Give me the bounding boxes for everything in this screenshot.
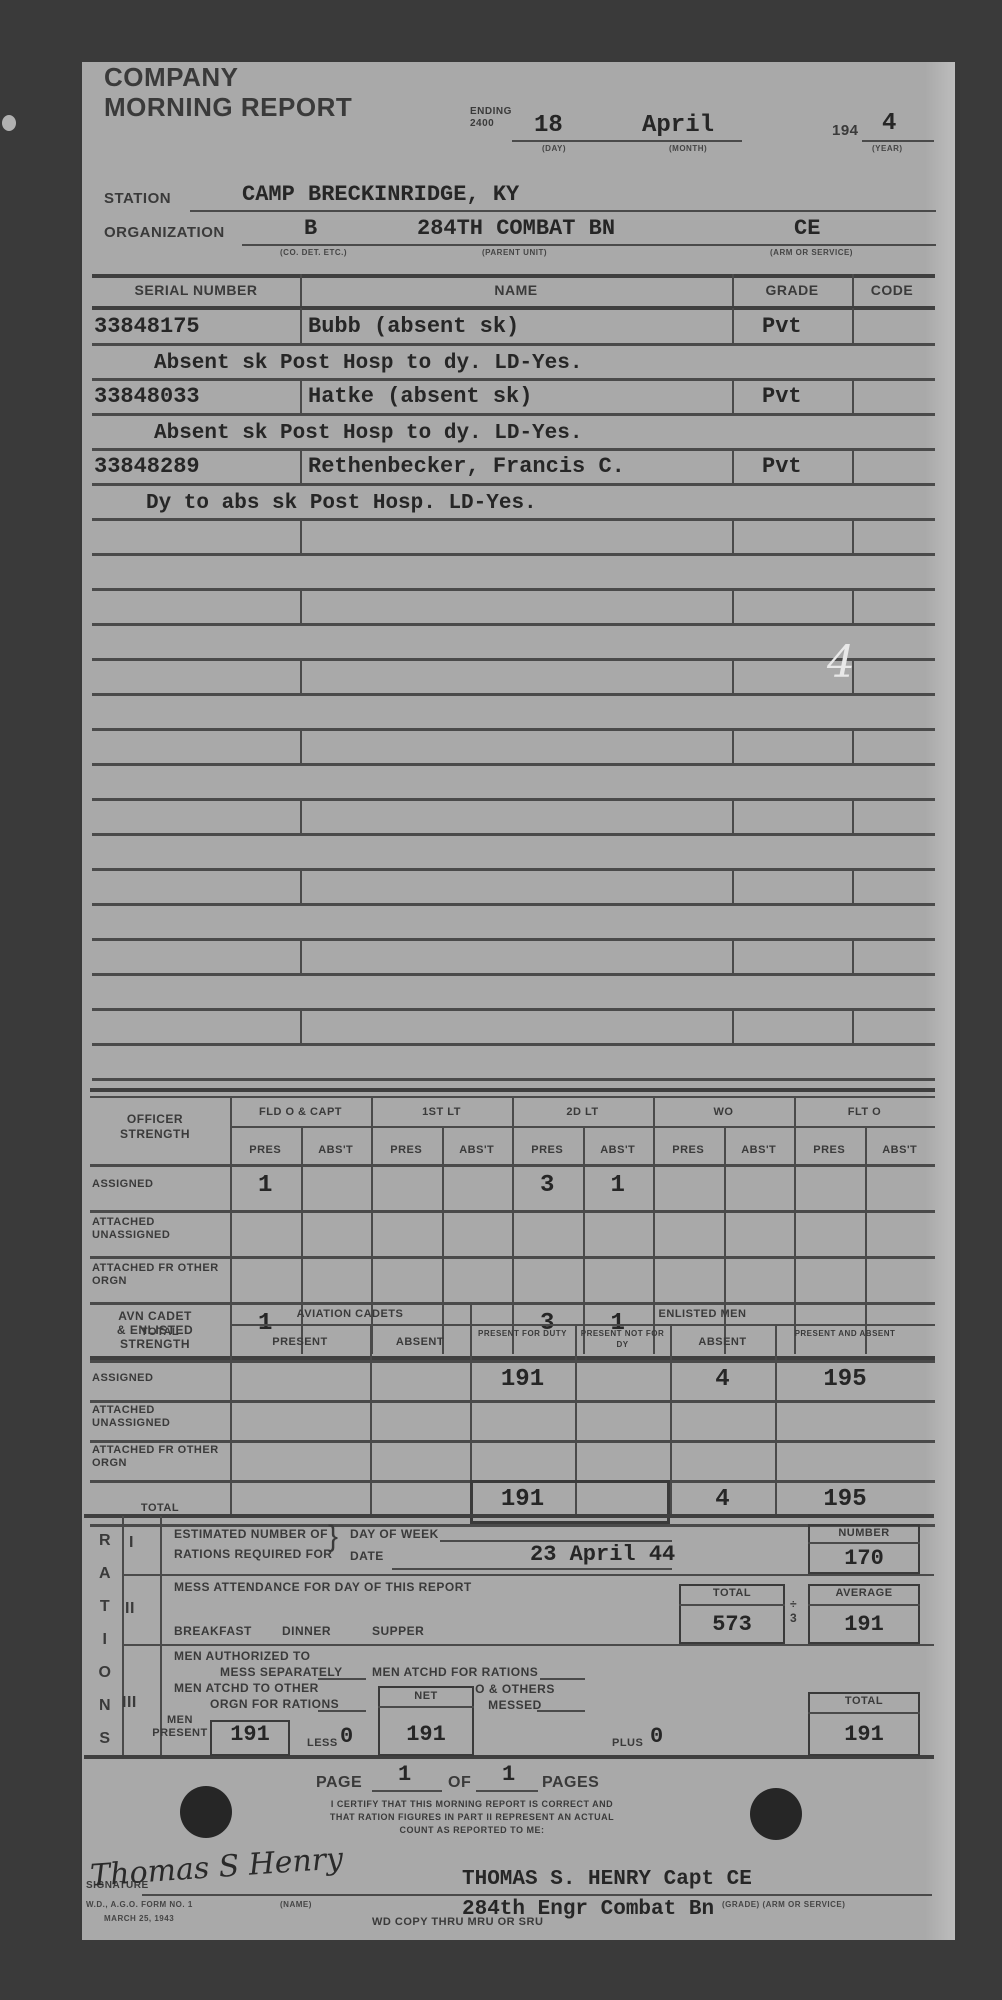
punch-hole-right: [750, 1788, 802, 1840]
enlisted-row-label: ATTACHED FR OTHER ORGN: [92, 1444, 228, 1470]
rations-side-label: RATIONS: [90, 1524, 120, 1755]
rations-letter: I: [90, 1623, 120, 1656]
enlisted-col-header: PRESENT NOT FOR DY: [577, 1328, 668, 1350]
officer-group-header: FLT O: [794, 1106, 935, 1118]
entry-name: Rethenbecker, Francis C.: [308, 454, 625, 479]
report-year-digit: 4: [882, 110, 896, 137]
mess-total-label: TOTAL: [679, 1587, 785, 1599]
entry-grade: Pvt: [762, 314, 802, 339]
authorized-label-1: MEN AUTHORIZED TO: [174, 1649, 311, 1663]
entry-serial: 33848289: [94, 454, 200, 479]
form-title-line2: MORNING REPORT: [104, 92, 352, 122]
officer-sub-header: PRES: [230, 1144, 301, 1156]
total-pages: 1: [502, 1762, 515, 1787]
station-value: CAMP BRECKINRIDGE, KY: [242, 182, 519, 207]
remark-row-divider: [92, 518, 935, 521]
supper-label: SUPPER: [372, 1624, 424, 1638]
report-day: 18: [534, 112, 563, 139]
month-caption: (MONTH): [669, 144, 707, 153]
rations-letter: N: [90, 1689, 120, 1722]
officer-sub-header: PRES: [371, 1144, 442, 1156]
enlisted-row-label: ASSIGNED: [92, 1372, 228, 1385]
enlisted-row-label: ATTACHED UNASSIGNED: [92, 1404, 228, 1430]
morning-report-form: COMPANY MORNING REPORT ENDING 2400 18 Ap…: [82, 62, 955, 1940]
station-label: STATION: [104, 190, 171, 207]
dinner-label: DINNER: [282, 1624, 331, 1638]
rations-total-value: 191: [808, 1722, 920, 1747]
rations-total-label: TOTAL: [808, 1695, 920, 1707]
officer-cell: 1: [583, 1172, 654, 1199]
enlisted-col-header: PRESENT AND ABSENT: [777, 1328, 913, 1339]
enlisted-col-header: ABSENT: [372, 1336, 468, 1349]
signer-name: THOMAS S. HENRY Capt CE: [462, 1868, 752, 1891]
mess-attendance-label: MESS ATTENDANCE FOR DAY OF THIS REPORT: [174, 1580, 472, 1594]
officer-row-label: ASSIGNED: [92, 1178, 228, 1191]
officer-row-label: ATTACHED UNASSIGNED: [92, 1216, 228, 1242]
table-row-divider: [92, 763, 935, 766]
enlisted-cell: 195: [775, 1486, 915, 1513]
table-row-divider: [92, 1043, 935, 1046]
company-caption: (CO. DET. ETC.): [280, 248, 347, 257]
part-i-numeral: I: [129, 1534, 134, 1552]
plus-value: 0: [650, 1724, 663, 1749]
remark-row-divider: [92, 798, 935, 801]
divide-by-three: ÷ 3: [790, 1597, 804, 1625]
atchd-for-rations-label: MEN ATCHD FOR RATIONS: [372, 1665, 538, 1679]
enlisted-cell: 4: [670, 1486, 775, 1513]
organization-label: ORGANIZATION: [104, 224, 225, 241]
officer-sub-header: PRES: [512, 1144, 583, 1156]
form-date: MARCH 25, 1943: [104, 1914, 174, 1923]
officer-sub-header: ABS'T: [301, 1144, 372, 1156]
parent-unit-value: 284TH COMBAT BN: [417, 216, 615, 241]
men-present-label: MEN PRESENT: [150, 1714, 210, 1740]
ending-label-top: ENDING: [470, 106, 512, 117]
page-label: PAGE: [316, 1774, 362, 1792]
remark-row-divider: [92, 1008, 935, 1011]
enlisted-cell: 191: [470, 1366, 575, 1393]
pages-label: PAGES: [542, 1774, 599, 1792]
grade-arm-caption: (GRADE) (ARM OR SERVICE): [722, 1900, 845, 1909]
enlisted-col-header: ABSENT: [672, 1336, 773, 1349]
entry-grade: Pvt: [762, 454, 802, 479]
serial-number-header: SERIAL NUMBER: [92, 282, 300, 298]
average-label: AVERAGE: [808, 1587, 920, 1599]
name-header: NAME: [300, 282, 732, 298]
report-month: April: [642, 112, 714, 139]
table-row-divider: [92, 483, 935, 486]
table-row-divider: [92, 343, 935, 346]
officer-cell: 1: [230, 1172, 301, 1199]
form-number: W.D., A.G.O. FORM NO. 1: [86, 1900, 193, 1909]
officer-sub-header: PRES: [794, 1144, 865, 1156]
officer-sub-header: PRES: [653, 1144, 724, 1156]
part-ii-numeral: II: [125, 1600, 135, 1618]
table-row-divider: [92, 693, 935, 696]
rations-letter: S: [90, 1722, 120, 1755]
rations-letter: A: [90, 1557, 120, 1590]
entry-remark: Absent sk Post Hosp to dy. LD-Yes.: [154, 352, 582, 375]
punch-hole-left: [180, 1786, 232, 1838]
average-value: 191: [808, 1612, 920, 1637]
entry-name: Hatke (absent sk): [308, 384, 532, 409]
certification-text: I CERTIFY THAT THIS MORNING REPORT IS CO…: [272, 1798, 672, 1837]
rations-letter: R: [90, 1524, 120, 1557]
name-caption: (NAME): [280, 1900, 312, 1909]
rations-letter: O: [90, 1656, 120, 1689]
remark-row-divider: [92, 868, 935, 871]
ration-date-value: 23 April 44: [530, 1542, 675, 1567]
officer-sub-header: ABS'T: [442, 1144, 513, 1156]
authorized-label-2: MESS SEPARATELY: [220, 1665, 343, 1679]
entry-grade: Pvt: [762, 384, 802, 409]
officer-sub-header: ABS'T: [583, 1144, 654, 1156]
entry-serial: 33848175: [94, 314, 200, 339]
less-label: LESS: [307, 1737, 338, 1749]
remark-row-divider: [92, 938, 935, 941]
officer-strength-title: OFFICER STRENGTH: [90, 1112, 220, 1142]
signature: Thomas S Henry: [89, 1841, 344, 1894]
net-value: 191: [378, 1722, 474, 1747]
table-row-divider: [92, 833, 935, 836]
date-label: DATE: [350, 1549, 384, 1563]
number-value: 170: [808, 1546, 920, 1571]
code-header: CODE: [852, 282, 932, 298]
atchd-other-label-2: ORGN FOR RATIONS: [210, 1697, 339, 1711]
table-row-divider: [92, 973, 935, 976]
page-number: 1: [398, 1762, 411, 1787]
arm-value: CE: [794, 216, 820, 241]
atchd-other-label-1: MEN ATCHD TO OTHER: [174, 1681, 319, 1695]
others-messed-label: O & OTHERS MESSED: [460, 1681, 570, 1713]
officer-cell: 3: [512, 1172, 583, 1199]
officer-group-header: 1ST LT: [371, 1106, 512, 1118]
year-prefix: 194: [832, 122, 859, 139]
entry-name: Bubb (absent sk): [308, 314, 519, 339]
enlisted-men-header: ENLISTED MEN: [470, 1308, 935, 1320]
officer-group-header: WO: [653, 1106, 794, 1118]
plus-label: PLUS: [612, 1737, 643, 1749]
margin-note: 4: [827, 637, 855, 688]
net-label: NET: [378, 1690, 474, 1702]
remark-row-divider: [92, 448, 935, 451]
rations-label-1: ESTIMATED NUMBER OF: [174, 1527, 328, 1541]
remark-row-divider: [92, 588, 935, 591]
officer-row-label: ATTACHED FR OTHER ORGN: [92, 1262, 228, 1288]
remark-row-divider: [92, 658, 935, 661]
ending-label-bottom: 2400: [470, 118, 494, 129]
number-label: NUMBER: [808, 1527, 920, 1539]
arm-caption: (ARM OR SERVICE): [770, 248, 853, 257]
rations-letter: T: [90, 1590, 120, 1623]
parent-caption: (PARENT UNIT): [482, 248, 547, 257]
enlisted-cell: 195: [775, 1366, 915, 1393]
officer-sub-header: ABS'T: [724, 1144, 795, 1156]
form-title-line1: COMPANY: [104, 62, 238, 92]
officer-group-header: FLD O & CAPT: [230, 1106, 371, 1118]
grade-header: GRADE: [732, 282, 852, 298]
film-mark: [2, 115, 16, 131]
year-caption: (YEAR): [872, 144, 903, 153]
aviation-cadets-header: AVIATION CADETS: [230, 1308, 470, 1320]
officer-group-header: 2D LT: [512, 1106, 653, 1118]
men-present-value: 191: [210, 1722, 290, 1747]
company-value: B: [304, 216, 317, 241]
entry-remark: Absent sk Post Hosp to dy. LD-Yes.: [154, 422, 582, 445]
rations-label-2: RATIONS REQUIRED FOR: [174, 1547, 332, 1561]
remark-row-divider: [92, 728, 935, 731]
enlisted-col-header: PRESENT: [232, 1336, 368, 1349]
enlisted-cell: 4: [670, 1366, 775, 1393]
entry-serial: 33848033: [94, 384, 200, 409]
remark-row-divider: [92, 1078, 935, 1081]
day-caption: (DAY): [542, 144, 566, 153]
enlisted-col-header: PRESENT FOR DUTY: [472, 1328, 573, 1339]
mess-total-value: 573: [679, 1612, 785, 1637]
table-row-divider: [92, 553, 935, 556]
day-of-week-label: DAY OF WEEK: [350, 1527, 439, 1541]
enlisted-strength-title: AVN CADET & ENLISTED STRENGTH: [90, 1309, 220, 1351]
remark-row-divider: [92, 378, 935, 381]
table-row-divider: [92, 623, 935, 626]
breakfast-label: BREAKFAST: [174, 1624, 252, 1638]
entry-remark: Dy to abs sk Post Hosp. LD-Yes.: [146, 492, 537, 515]
table-row-divider: [92, 413, 935, 416]
less-value: 0: [340, 1724, 353, 1749]
table-row-divider: [92, 903, 935, 906]
part-iii-numeral: III: [122, 1694, 137, 1712]
of-label: OF: [448, 1774, 471, 1792]
officer-sub-header: ABS'T: [865, 1144, 936, 1156]
wd-copy-note: WD COPY THRU MRU OR SRU: [372, 1916, 543, 1928]
brace-icon: }: [328, 1520, 339, 1554]
